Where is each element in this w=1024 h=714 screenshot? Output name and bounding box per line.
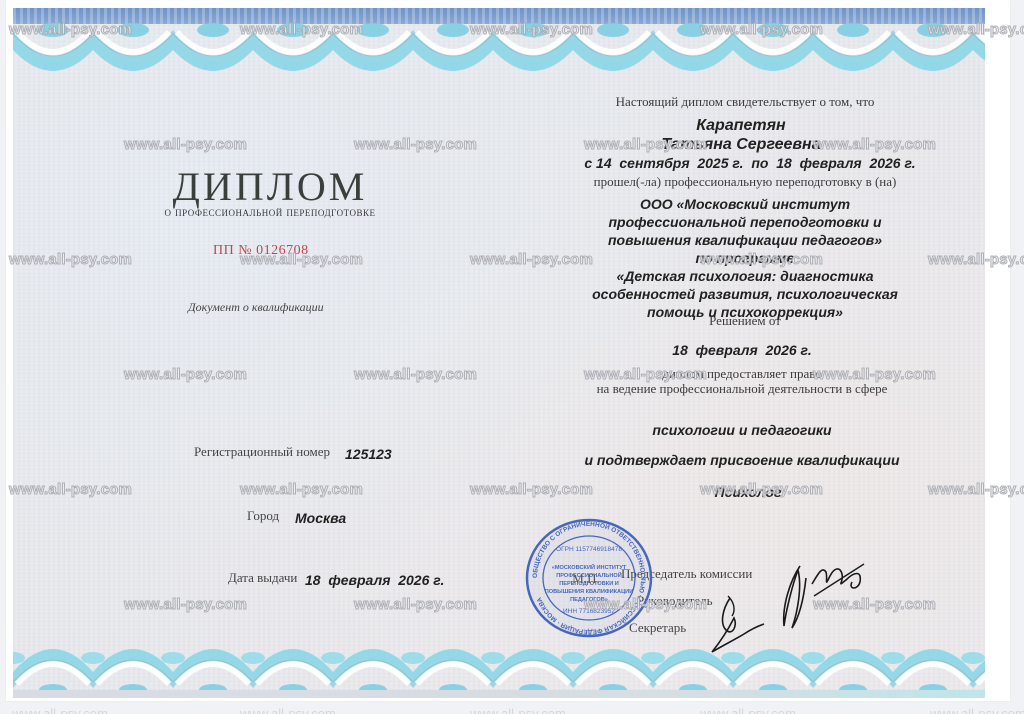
- watermark: www.all-psy.com: [700, 481, 823, 498]
- watermark: www.all-psy.com: [124, 366, 247, 383]
- city-label: Город: [247, 508, 279, 524]
- watermark: www.all-psy.com: [240, 21, 363, 38]
- program-line-2: особенностей развития, психологическая: [592, 286, 898, 302]
- institution-stamp: ОБЩЕСТВО С ОГРАНИЧЕННОЙ ОТВЕТСТВЕННОСТЬЮ…: [524, 517, 654, 639]
- watermark: www.all-psy.com: [240, 251, 363, 268]
- diploma-subtitle: о профессиональной переподготовке: [165, 205, 376, 220]
- decision-label: Решением от: [709, 313, 781, 329]
- stamp-ogrn: ОГРН 1157746918478: [556, 546, 622, 553]
- bottom-guilloche-border: [13, 638, 985, 696]
- passed-text: прошел(-ла) профессиональную переподгото…: [594, 174, 897, 190]
- watermark: www.all-psy.com: [354, 596, 477, 613]
- intro-text: Настоящий диплом свидетельствует о том, …: [616, 94, 875, 110]
- watermark: www.all-psy.com: [930, 706, 1024, 714]
- decision-date: 18 февраля 2026 г.: [672, 342, 811, 358]
- watermark: www.all-psy.com: [9, 21, 132, 38]
- institution-line-1: ООО «Московский институт: [640, 196, 850, 212]
- svg-text:«МОСКОВСКИЙ ИНСТИТУТ: «МОСКОВСКИЙ ИНСТИТУТ: [552, 563, 627, 571]
- registration-label: Регистрационный номер: [194, 444, 330, 460]
- svg-text:ПОВЫШЕНИЯ КВАЛИФИКАЦИИ: ПОВЫШЕНИЯ КВАЛИФИКАЦИИ: [545, 589, 633, 595]
- watermark: www.all-psy.com: [928, 21, 1024, 38]
- watermark: www.all-psy.com: [240, 706, 336, 714]
- watermark: www.all-psy.com: [813, 366, 936, 383]
- watermark: www.all-psy.com: [700, 251, 823, 268]
- institution-line-2: профессиональной переподготовки и: [608, 214, 881, 230]
- bottom-ornament-strip: [13, 690, 985, 698]
- grants-line-2: на ведение профессиональной деятельности…: [597, 381, 888, 397]
- study-period: с 14 сентября 2025 г. по 18 февраля 2026…: [584, 155, 915, 171]
- watermark: www.all-psy.com: [584, 136, 707, 153]
- watermark: www.all-psy.com: [584, 366, 707, 383]
- watermark: www.all-psy.com: [470, 706, 566, 714]
- watermark: www.all-psy.com: [470, 21, 593, 38]
- professional-field: психологии и педагогики: [652, 422, 831, 438]
- watermark: www.all-psy.com: [813, 596, 936, 613]
- watermark: www.all-psy.com: [124, 136, 247, 153]
- recipient-surname: Карапетян: [696, 117, 785, 135]
- document-type-caption: Документ о квалификации: [188, 300, 324, 315]
- watermark: www.all-psy.com: [813, 136, 936, 153]
- watermark: www.all-psy.com: [584, 596, 707, 613]
- watermark: www.all-psy.com: [9, 251, 132, 268]
- watermark: www.all-psy.com: [928, 251, 1024, 268]
- city-value: Москва: [295, 510, 346, 526]
- watermark: www.all-psy.com: [470, 251, 593, 268]
- registration-number: 125123: [345, 446, 392, 462]
- watermark: www.all-psy.com: [354, 136, 477, 153]
- watermark: www.all-psy.com: [700, 21, 823, 38]
- head-signature: [700, 590, 770, 660]
- watermark: www.all-psy.com: [354, 366, 477, 383]
- diploma-title: ДИПЛОМ: [173, 163, 368, 210]
- watermark: www.all-psy.com: [12, 706, 108, 714]
- confirms-qualification-text: и подтверждает присвоение квалификации: [584, 452, 899, 468]
- program-line-1: «Детская психология: диагностика: [616, 268, 873, 284]
- issue-date-label: Дата выдачи: [228, 570, 297, 586]
- watermark: www.all-psy.com: [240, 481, 363, 498]
- institution-line-3: повышения квалификации педагогов»: [608, 232, 882, 248]
- stamp-mark: М.П.: [572, 571, 599, 586]
- watermark: www.all-psy.com: [470, 481, 593, 498]
- watermark: www.all-psy.com: [700, 706, 796, 714]
- watermark: www.all-psy.com: [9, 481, 132, 498]
- watermark: www.all-psy.com: [928, 481, 1024, 498]
- watermark: www.all-psy.com: [124, 596, 247, 613]
- issue-date-value: 18 февраля 2026 г.: [305, 572, 444, 588]
